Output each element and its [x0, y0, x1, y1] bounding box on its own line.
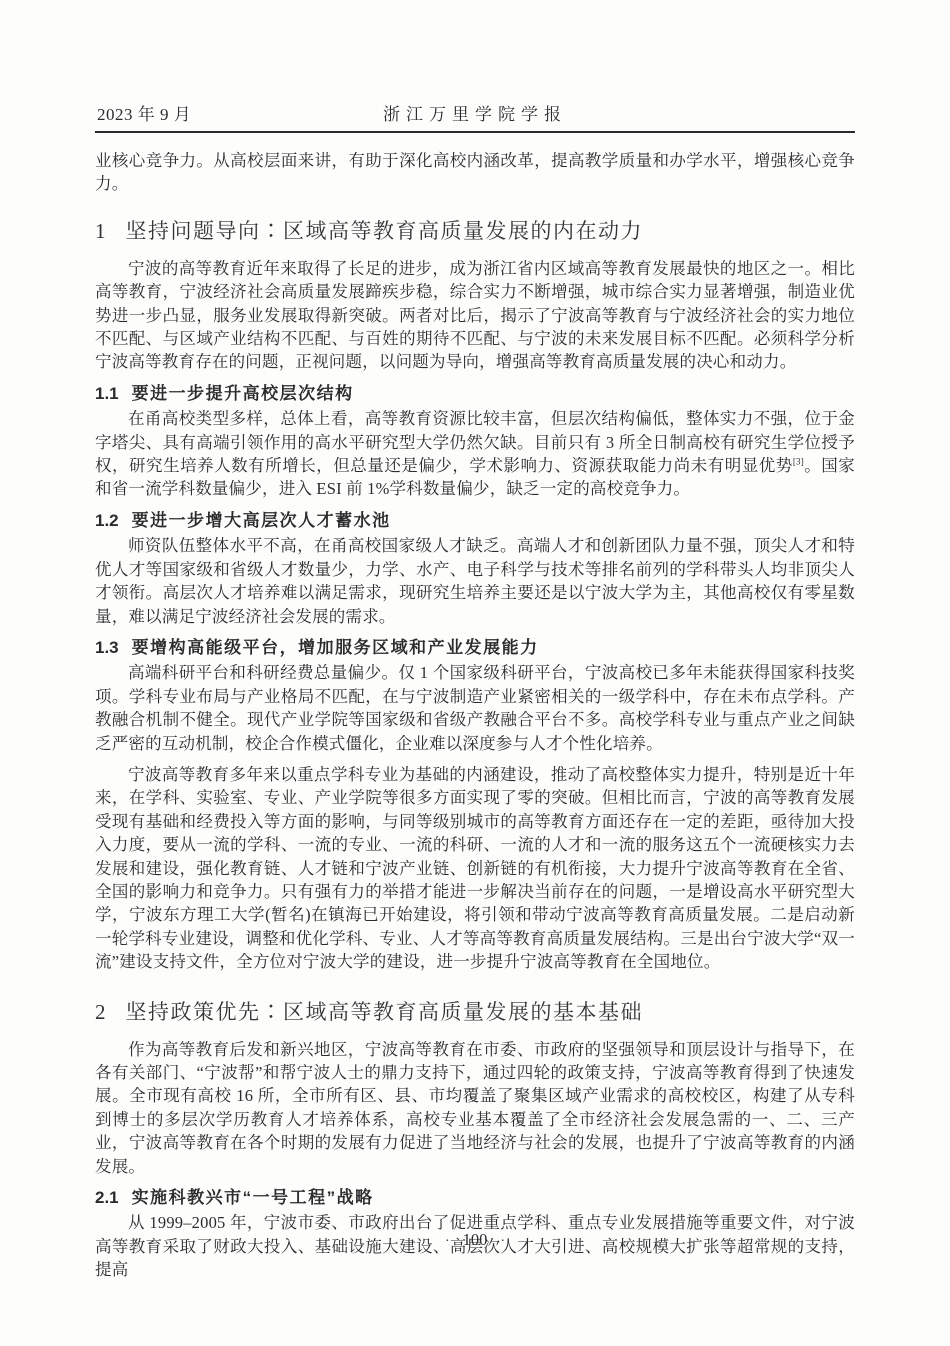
page-number: 100	[463, 1230, 488, 1249]
section-title: 坚持政策优先∶区域高等教育高质量发展的基本基础	[126, 1000, 644, 1024]
page-header: 2023 年 9 月 浙江万里学院学报	[95, 103, 855, 133]
subsection-heading: 1.3要增构高能级平台，增加服务区域和产业发展能力	[95, 636, 855, 659]
body-paragraph: 作为高等教育后发和新兴地区，宁波高等教育在市委、市政府的坚强领导和顶层设计与指导…	[95, 1038, 855, 1178]
body-paragraph: 师资队伍整体水平不高，在甬高校国家级人才缺乏。高端人才和创新团队力量不强，顶尖人…	[95, 534, 855, 628]
section-heading: 1坚持问题导向∶区域高等教育高质量发展的内在动力	[95, 216, 855, 246]
section-number: 2	[95, 1000, 106, 1024]
footer-dot-left: ·	[445, 1234, 450, 1249]
section-number: 1	[95, 219, 106, 243]
subsection-number: 1.1	[95, 384, 119, 403]
citation-ref: [3]	[793, 457, 804, 467]
body-paragraph: 业核心竞争力。从高校层面来讲，有助于深化高校内涵改革，提高教学质量和办学水平，增…	[95, 149, 855, 196]
footer-dot-right: ·	[500, 1234, 505, 1249]
journal-page: 2023 年 9 月 浙江万里学院学报 业核心竞争力。从高校层面来讲，有助于深化…	[0, 0, 950, 1346]
section-heading: 2坚持政策优先∶区域高等教育高质量发展的基本基础	[95, 997, 855, 1027]
subsection-title: 要进一步提升高校层次结构	[132, 384, 354, 403]
subsection-title: 实施科教兴市“一号工程”战略	[132, 1188, 374, 1207]
subsection-heading: 2.1实施科教兴市“一号工程”战略	[95, 1186, 855, 1209]
header-date: 2023 年 9 月	[97, 103, 191, 127]
body-paragraph: 宁波高等教育多年来以重点学科专业为基础的内涵建设，推动了高校整体实力提升，特别是…	[95, 763, 855, 974]
subsection-number: 1.3	[95, 638, 119, 657]
subsection-title: 要增构高能级平台，增加服务区域和产业发展能力	[132, 638, 539, 657]
section-title: 坚持问题导向∶区域高等教育高质量发展的内在动力	[126, 219, 644, 243]
body-paragraph: 宁波的高等教育近年来取得了长足的进步，成为浙江省内区域高等教育发展最快的地区之一…	[95, 257, 855, 374]
subsection-number: 1.2	[95, 511, 119, 530]
subsection-heading: 1.1要进一步提升高校层次结构	[95, 382, 855, 405]
subsection-title: 要进一步增大高层次人才蓄水池	[132, 511, 391, 530]
page-content: 2023 年 9 月 浙江万里学院学报 业核心竞争力。从高校层面来讲，有助于深化…	[95, 0, 855, 1282]
article-body: 业核心竞争力。从高校层面来讲，有助于深化高校内涵改革，提高教学质量和办学水平，增…	[95, 149, 855, 1282]
page-footer: ·100·	[0, 1230, 950, 1250]
subsection-number: 2.1	[95, 1188, 119, 1207]
body-paragraph: 在甬高校类型多样，总体上看，高等教育资源比较丰富，但层次结构偏低，整体实力不强，…	[95, 407, 855, 501]
subsection-heading: 1.2要进一步增大高层次人才蓄水池	[95, 509, 855, 532]
header-journal-title: 浙江万里学院学报	[95, 103, 855, 127]
body-paragraph: 高端科研平台和科研经费总量偏少。仅 1 个国家级科研平台，宁波高校已多年未能获得…	[95, 661, 855, 755]
